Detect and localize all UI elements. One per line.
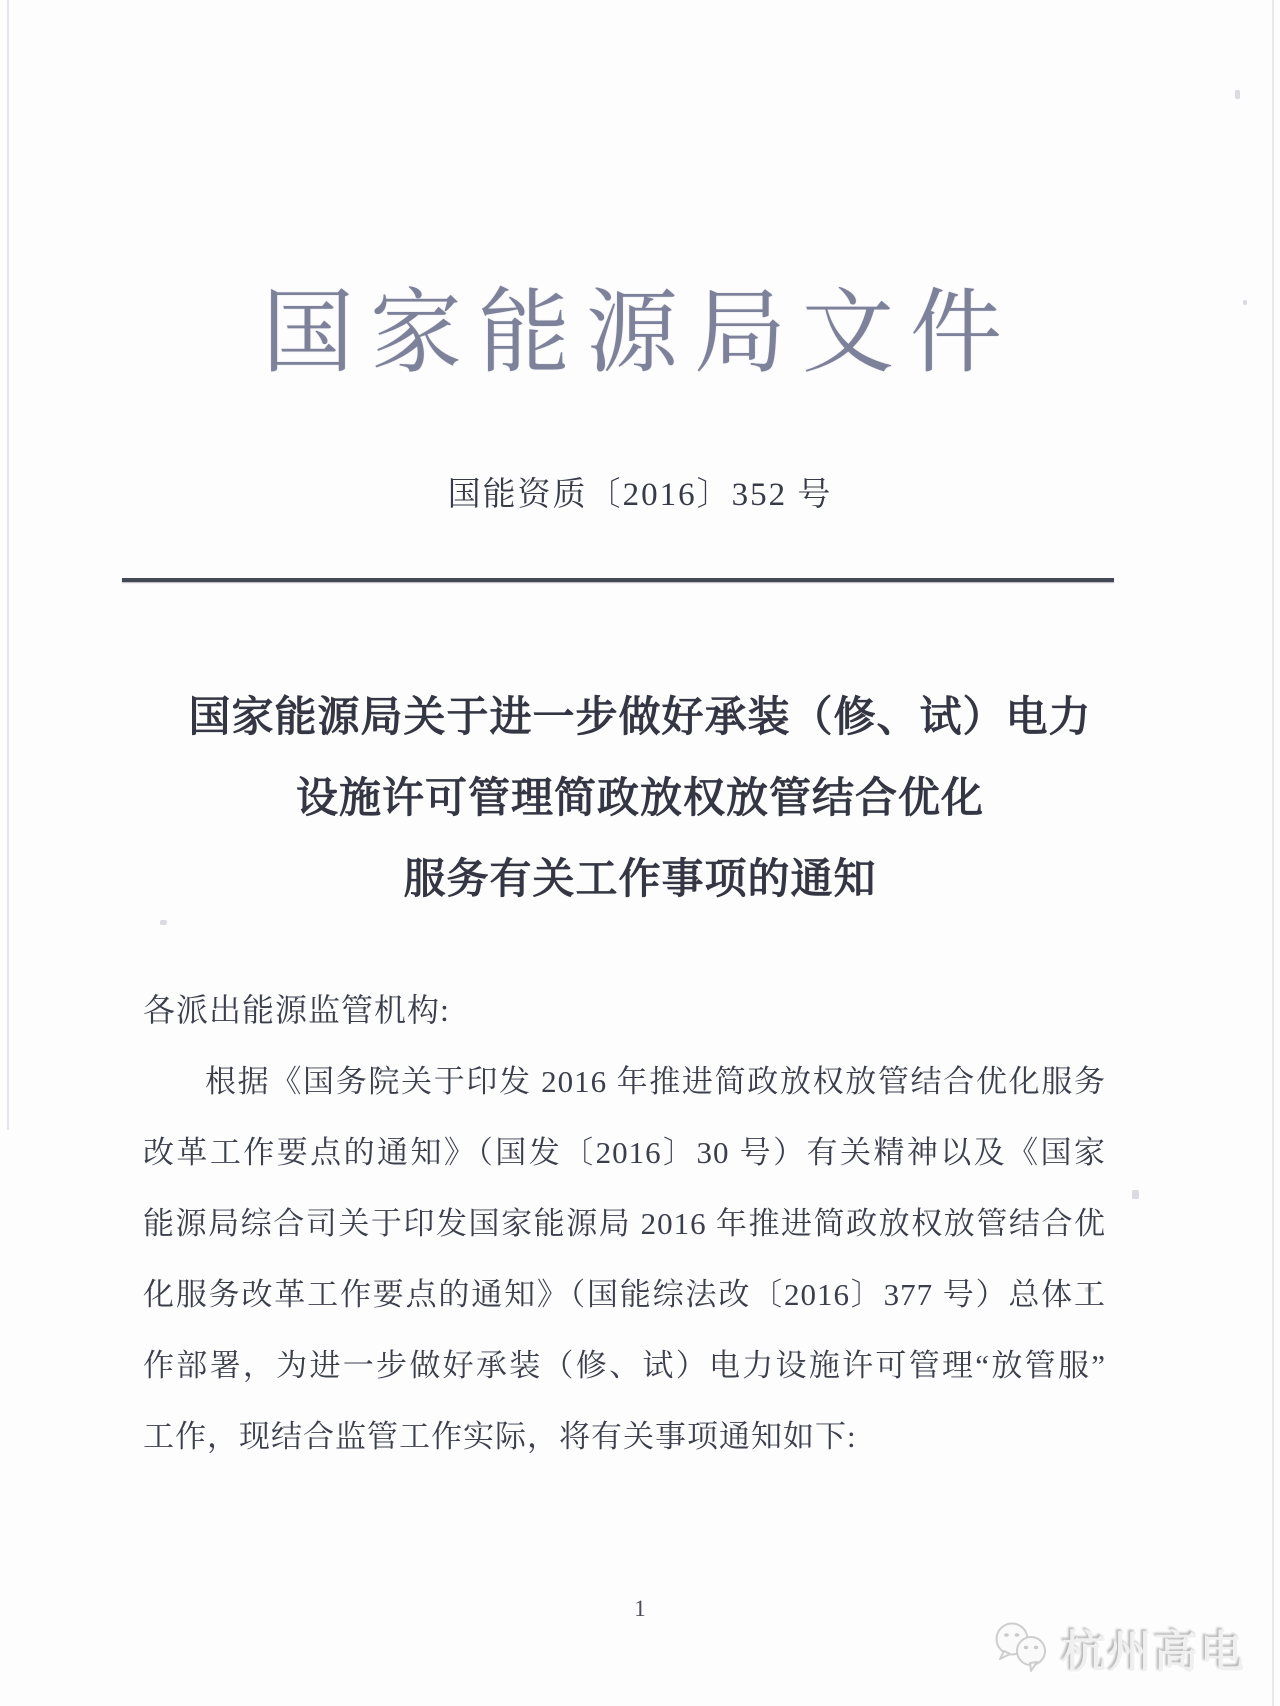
document-header-title: 国家能源局文件 bbox=[0, 276, 1280, 391]
document-title: 国家能源局关于进一步做好承装（修、试）电力 设施许可管理简政放权放管结合优化 服… bbox=[0, 678, 1280, 921]
scan-edge-left bbox=[7, 0, 9, 1130]
wechat-logo-icon bbox=[990, 1619, 1054, 1677]
scan-speck bbox=[1235, 90, 1240, 99]
watermark: 杭州高电 bbox=[990, 1616, 1246, 1680]
paragraph-line: 改革工作要点的通知》（国发〔2016〕30 号）有关精神以及《国家 bbox=[143, 1117, 1106, 1188]
title-line-1: 国家能源局关于进一步做好承装（修、试）电力 bbox=[0, 678, 1280, 759]
paragraph-line: 根据《国务院关于印发 2016 年推进简政放权放管结合优化服务 bbox=[143, 1046, 1106, 1117]
body-paragraph: 根据《国务院关于印发 2016 年推进简政放权放管结合优化服务 改革工作要点的通… bbox=[143, 1046, 1106, 1472]
paragraph-line: 作部署，为进一步做好承装（修、试）电力设施许可管理“放管服” bbox=[143, 1330, 1106, 1401]
paragraph-line: 能源局综合司关于印发国家能源局 2016 年推进简政放权放管结合优 bbox=[143, 1188, 1106, 1259]
watermark-text: 杭州高电 bbox=[1062, 1616, 1246, 1680]
scan-speck bbox=[1132, 1190, 1139, 1199]
salutation: 各派出能源监管机构: bbox=[143, 988, 450, 1032]
title-line-2: 设施许可管理简政放权放管结合优化 bbox=[0, 759, 1280, 840]
header-divider-rule bbox=[122, 578, 1114, 582]
title-line-3: 服务有关工作事项的通知 bbox=[0, 840, 1280, 921]
scanned-document-page: 国家能源局文件 国能资质〔2016〕352 号 国家能源局关于进一步做好承装（修… bbox=[0, 0, 1280, 1706]
document-number: 国能资质〔2016〕352 号 bbox=[0, 472, 1280, 518]
paragraph-line: 化服务改革工作要点的通知》（国能综法改〔2016〕377 号）总体工 bbox=[143, 1259, 1106, 1330]
paragraph-line: 工作，现结合监管工作实际，将有关事项通知如下: bbox=[143, 1401, 1106, 1472]
